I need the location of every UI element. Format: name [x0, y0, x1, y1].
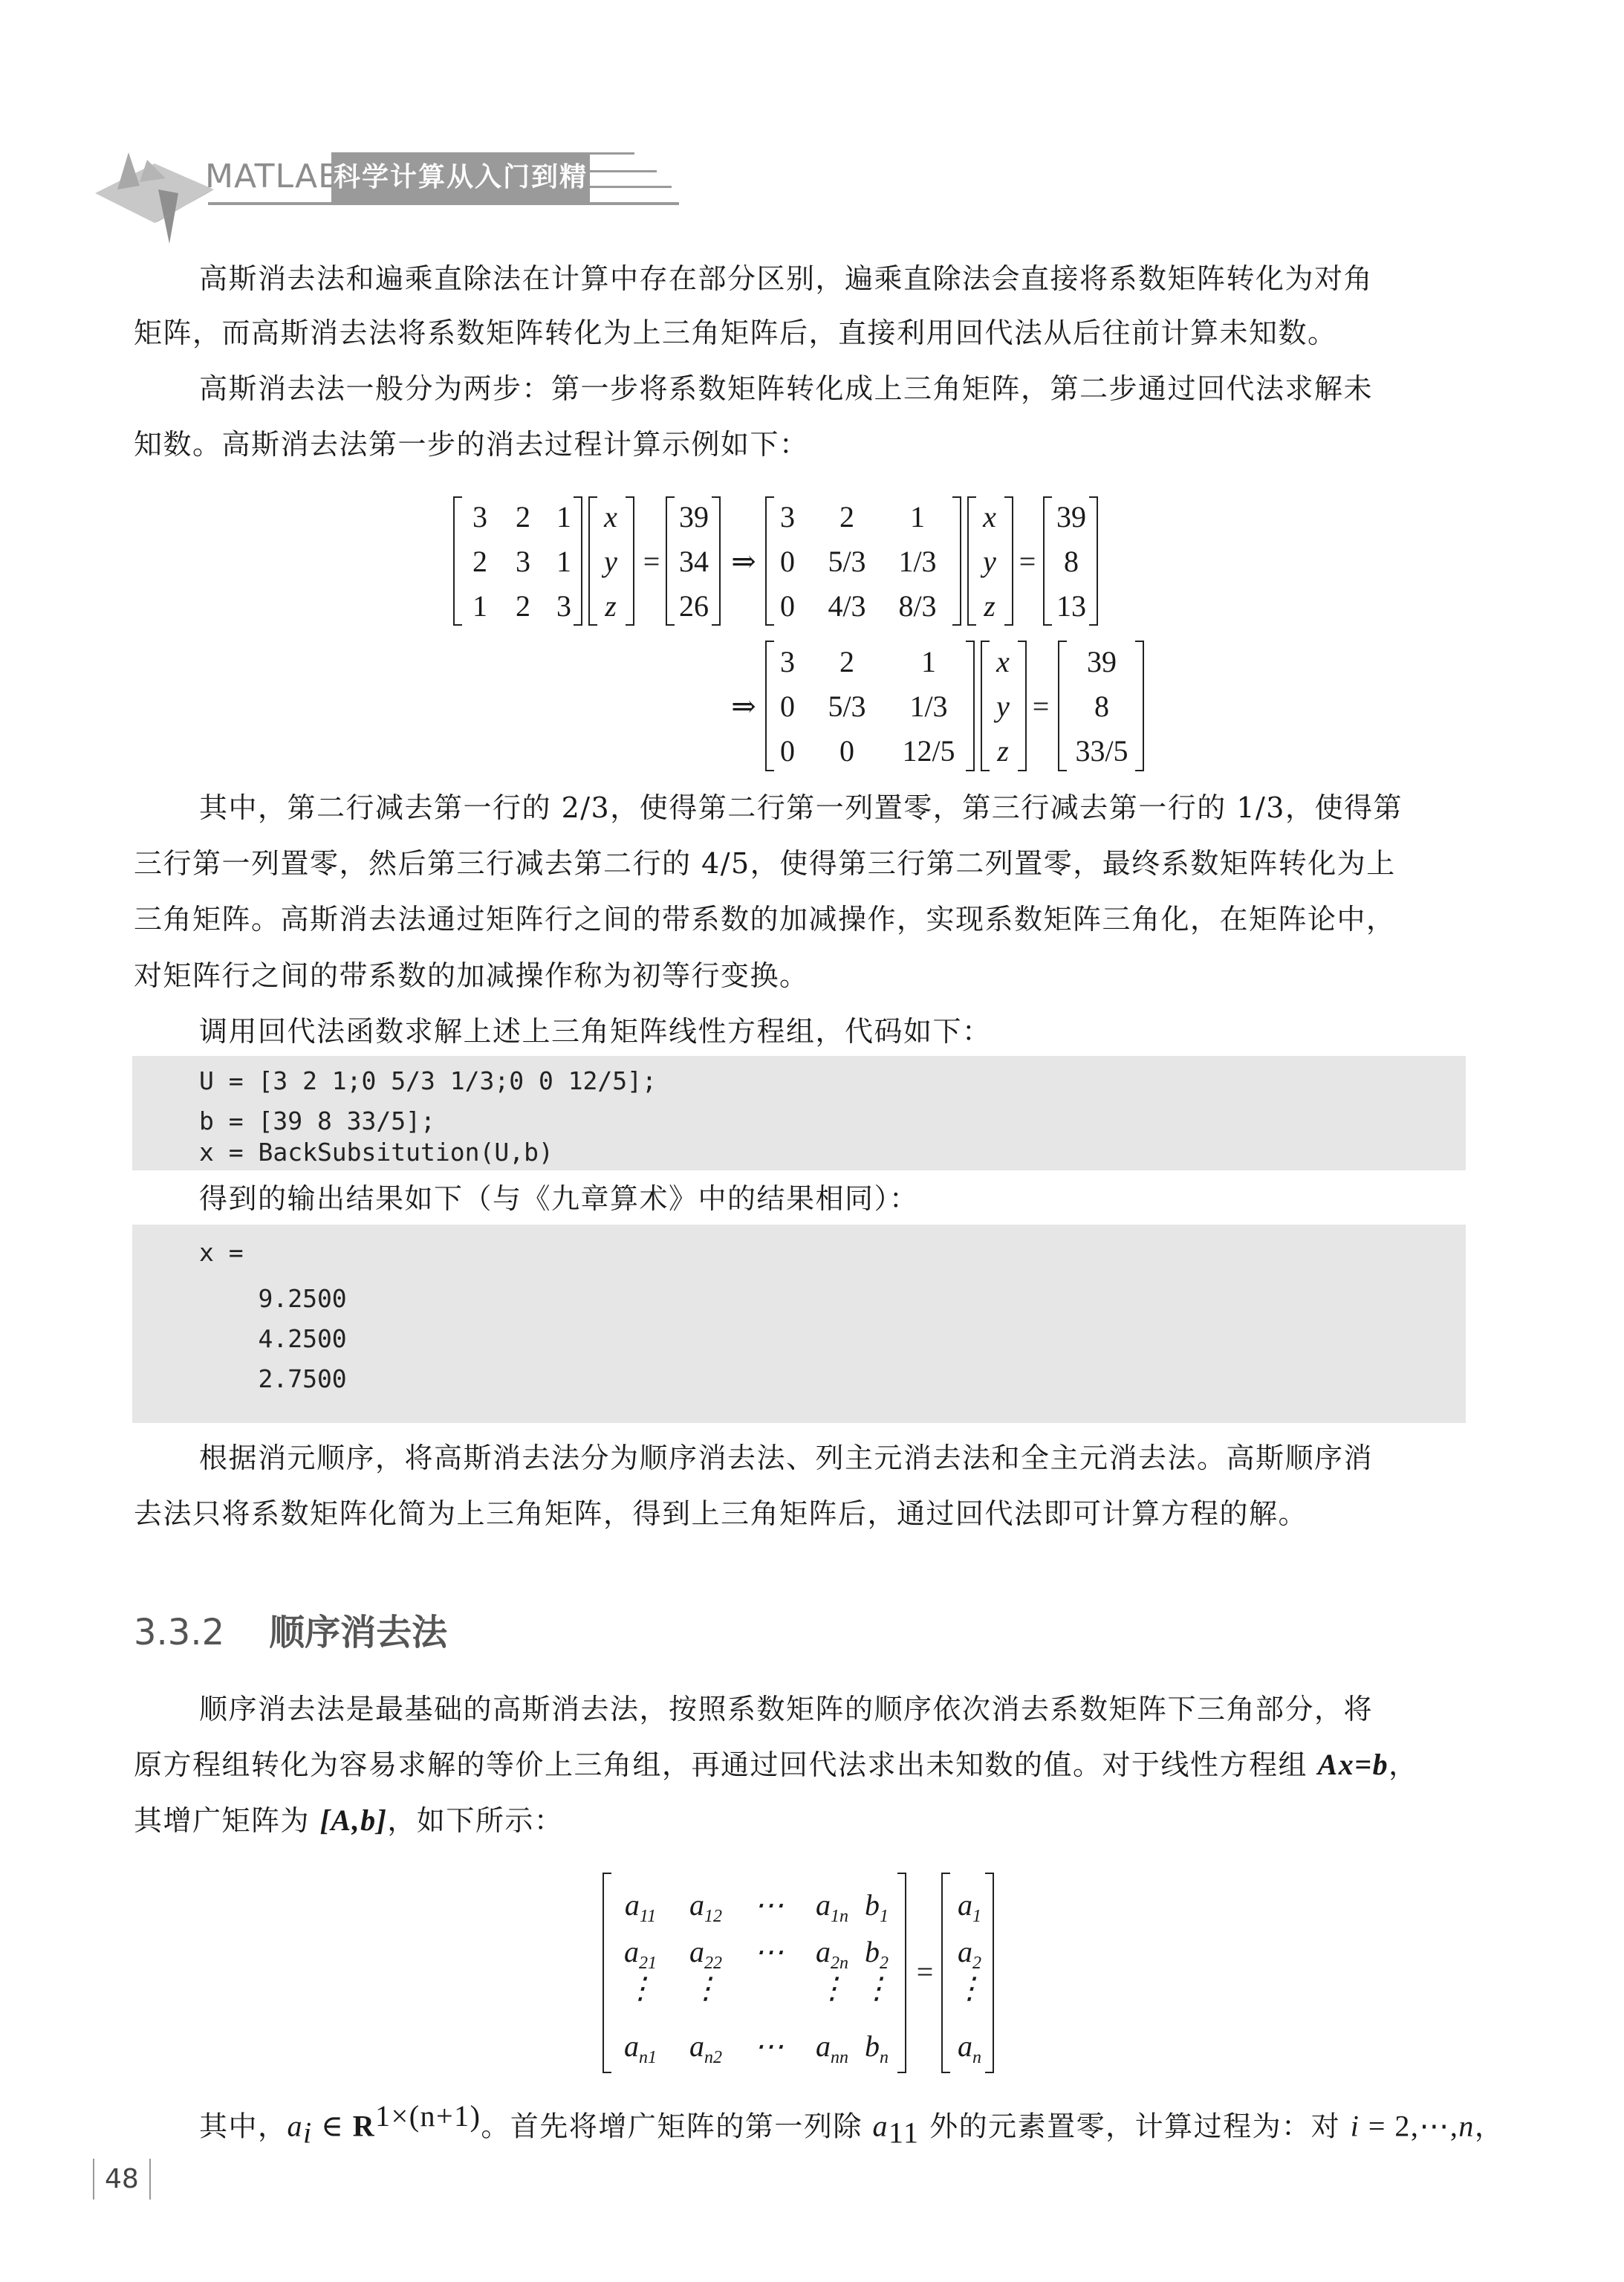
vector-cell: 13: [1049, 589, 1094, 623]
vector-cell: ⋮: [949, 1971, 990, 2006]
code-line: 9.2500: [199, 1284, 347, 1313]
vector-cell: 33/5: [1065, 733, 1138, 768]
text-run: ，: [1388, 1748, 1418, 1781]
vector-cell: 26: [672, 589, 716, 623]
paragraph-line: 高斯消去法一般分为两步：第一步将系数矩阵转化成上三角矩阵，第二步通过回代法求解未: [199, 372, 1464, 406]
text-run: ，: [1475, 2110, 1504, 2143]
code-line: U = [3 2 1;0 5/3 1/3;0 0 12/5];: [199, 1066, 657, 1095]
code-block-output: x = 9.2500 4.2500 2.7500: [132, 1225, 1466, 1423]
vector-cell: y: [594, 544, 627, 579]
matrix-cell: 2: [817, 644, 877, 679]
matrix-cell: 3: [546, 589, 582, 623]
math-subscript: i: [303, 2116, 313, 2149]
header-rule: [590, 186, 672, 188]
paragraph-line: 根据消元顺序，将高斯消去法分为顺序消去法、列主元消去法和全主元消去法。高斯顺序消: [199, 1441, 1464, 1475]
matrix-cell: 2: [505, 499, 541, 534]
equals-sign: =: [1016, 544, 1039, 579]
paragraph-line: 高斯消去法和遍乘直除法在计算中存在部分区别，遍乘直除法会直接将系数矩阵转化为对角: [199, 262, 1464, 296]
text-run: 。首先将增广矩阵的第一列除: [481, 2110, 872, 2143]
surface-plot-logo-icon: [95, 149, 214, 245]
section-title: 顺序消去法: [269, 1612, 447, 1653]
matrix-cell: ⋯: [739, 2029, 799, 2064]
matrix-cell: ⋮: [611, 1971, 670, 2006]
matrix-cell: 1: [462, 589, 498, 623]
vector-cell: z: [987, 733, 1019, 768]
matrix-cell: 3: [505, 544, 541, 579]
text-run: 原方程组转化为容易求解的等价上三角组，再通过回代法求出未知数的值。对于线性方程组: [134, 1748, 1318, 1781]
vector-cell: x: [973, 499, 1006, 534]
matrix-cell: a22: [676, 1934, 735, 1974]
paragraph-line: 原方程组转化为容易求解的等价上三角组，再通过回代法求出未知数的值。对于线性方程组…: [134, 1748, 1464, 1782]
matrix-cell: ⋮: [676, 1971, 735, 2006]
text-run: 其中，: [199, 2110, 288, 2143]
matrix-cell: 3: [773, 499, 802, 534]
matrix-cell: 0: [773, 689, 802, 724]
matrix-cell: a12: [676, 1887, 735, 1927]
paragraph-line: 其中，第二行减去第一行的 2/3，使得第二行第一列置零，第三行减去第一行的 1/…: [199, 791, 1464, 825]
matrix-cell: 1: [888, 499, 947, 534]
header-rule: [590, 170, 657, 172]
paragraph-line: 顺序消去法是最基础的高斯消去法，按照系数矩阵的顺序依次消去系数矩阵下三角部分，将: [199, 1692, 1464, 1726]
math-symbol: a: [873, 2110, 889, 2143]
matrix-cell: b1: [854, 1887, 899, 1927]
equals-sign: =: [914, 1954, 936, 1989]
code-line: 4.2500: [199, 1324, 347, 1353]
matrix-cell: 12/5: [891, 733, 966, 768]
vector-cell: a2: [949, 1934, 990, 1974]
vector-cell: x: [987, 644, 1019, 679]
header-rule: [590, 152, 634, 155]
right-bracket: [966, 641, 975, 771]
math-symbol: R: [353, 2110, 375, 2143]
text-run: 外的元素置零，计算过程为：对: [920, 2110, 1351, 2143]
matrix-cell: 1: [891, 644, 966, 679]
vector-cell: 34: [672, 544, 716, 579]
vector-cell: 39: [1065, 644, 1138, 679]
header-brand: MATLAB: [205, 158, 341, 195]
matrix-cell: an1: [611, 2029, 670, 2068]
equals-sign: =: [640, 544, 663, 579]
paragraph-line: 得到的输出结果如下（与《九章算术》中的结果相同）：: [199, 1181, 1464, 1216]
matrix-cell: 0: [773, 589, 802, 623]
matrix-cell: ⋯: [739, 1934, 799, 1969]
code-block-input: U = [3 2 1;0 5/3 1/3;0 0 12/5]; b = [39 …: [132, 1056, 1466, 1170]
paragraph-line: 其增广矩阵为 [A,b]，如下所示：: [134, 1803, 1464, 1838]
vector-cell: 39: [1049, 499, 1094, 534]
vector-cell: 8: [1065, 689, 1138, 724]
vector-cell: z: [973, 589, 1006, 623]
vector-cell: a1: [949, 1887, 990, 1927]
vector-cell: an: [949, 2029, 990, 2068]
math-symbol: i: [1351, 2110, 1360, 2143]
math-superscript: 1×(n+1): [375, 2099, 481, 2133]
implies-arrow: ⇒: [727, 689, 761, 724]
matrix-cell: 1/3: [891, 689, 966, 724]
matrix-cell: a11: [611, 1887, 670, 1927]
matrix-cell: a2n: [802, 1934, 862, 1974]
vector-cell: 39: [672, 499, 716, 534]
matrix-cell: 0: [773, 544, 802, 579]
equals-sign: =: [1030, 689, 1052, 724]
equation-inline: Ax=b: [1318, 1748, 1388, 1781]
code-line: x =: [199, 1238, 244, 1267]
math-symbol: n: [1458, 2110, 1475, 2143]
math-symbol: a: [288, 2110, 304, 2143]
matrix-cell: ⋮: [802, 1971, 862, 2006]
matrix-cell: a1n: [802, 1887, 862, 1927]
matrix-cell: a21: [611, 1934, 670, 1974]
paragraph-line: 去法只将系数矩阵化简为上三角矩阵，得到上三角矩阵后，通过回代法即可计算方程的解。: [134, 1497, 1464, 1531]
matrix-cell: 5/3: [817, 544, 877, 579]
matrix-cell: 2: [817, 499, 877, 534]
section-heading: 3.3.2顺序消去法: [134, 1604, 447, 1655]
left-bracket: [453, 496, 462, 626]
paragraph-line: 三角矩阵。高斯消去法通过矩阵行之间的带系数的加减操作，实现系数矩阵三角化，在矩阵…: [134, 902, 1464, 936]
matrix-cell: ⋯: [739, 1887, 799, 1922]
matrix-cell: 2: [462, 544, 498, 579]
implies-arrow: ⇒: [727, 544, 761, 579]
matrix-cell: 1/3: [888, 544, 947, 579]
vector-cell: y: [973, 544, 1006, 579]
paragraph-line: 对矩阵行之间的带系数的加减操作称为初等行变换。: [134, 959, 1464, 993]
vector-cell: x: [594, 499, 627, 534]
section-number: 3.3.2: [134, 1612, 224, 1653]
vector-cell: 8: [1049, 544, 1094, 579]
matrix-cell: 0: [817, 733, 877, 768]
equation-inline: [A,b]: [320, 1803, 388, 1837]
header-title: 科学计算从入门到精通: [331, 152, 590, 203]
text-run: ，如下所示：: [387, 1804, 563, 1837]
matrix-cell: 2: [505, 589, 541, 623]
math-symbol: ∈: [313, 2110, 353, 2143]
paragraph-line: 其中，ai ∈ R1×(n+1)。首先将增广矩阵的第一列除 a11 外的元素置零…: [199, 2099, 1464, 2150]
matrix-cell: bn: [854, 2029, 899, 2068]
matrix-cell: ⋮: [854, 1971, 899, 2006]
matrix-cell: 3: [773, 644, 802, 679]
code-line: b = [39 8 33/5];: [199, 1106, 435, 1135]
code-line: 2.7500: [199, 1364, 347, 1393]
right-bracket: [952, 496, 961, 626]
matrix-cell: 1: [546, 499, 582, 534]
paragraph-line: 知数。高斯消去法第一步的消去过程计算示例如下：: [134, 427, 1464, 461]
matrix-cell: 0: [773, 733, 802, 768]
math-symbol: = 2,⋯,: [1360, 2110, 1458, 2143]
paragraph-line: 矩阵，而高斯消去法将系数矩阵转化为上三角矩阵后，直接利用回代法从后往前计算未知数…: [134, 316, 1464, 350]
matrix-cell: 3: [462, 499, 498, 534]
matrix-cell: b2: [854, 1934, 899, 1974]
code-line: x = BackSubsitution(U,b): [199, 1138, 553, 1167]
page-number: 48: [93, 2159, 151, 2200]
matrix-cell: 5/3: [817, 689, 877, 724]
matrix-cell: 8/3: [888, 589, 947, 623]
matrix-cell: 4/3: [817, 589, 877, 623]
matrix-cell: an2: [676, 2029, 735, 2068]
paragraph-line: 调用回代法函数求解上述上三角矩阵线性方程组，代码如下：: [199, 1014, 1464, 1048]
vector-cell: z: [594, 589, 627, 623]
matrix-cell: ann: [802, 2029, 862, 2068]
matrix-cell: 1: [546, 544, 582, 579]
paragraph-line: 三行第一列置零，然后第三行减去第二行的 4/5，使得第三行第二列置零，最终系数矩…: [134, 846, 1464, 881]
text-run: 其增广矩阵为: [134, 1804, 320, 1837]
math-subscript: 11: [889, 2116, 920, 2149]
vector-cell: y: [987, 689, 1019, 724]
